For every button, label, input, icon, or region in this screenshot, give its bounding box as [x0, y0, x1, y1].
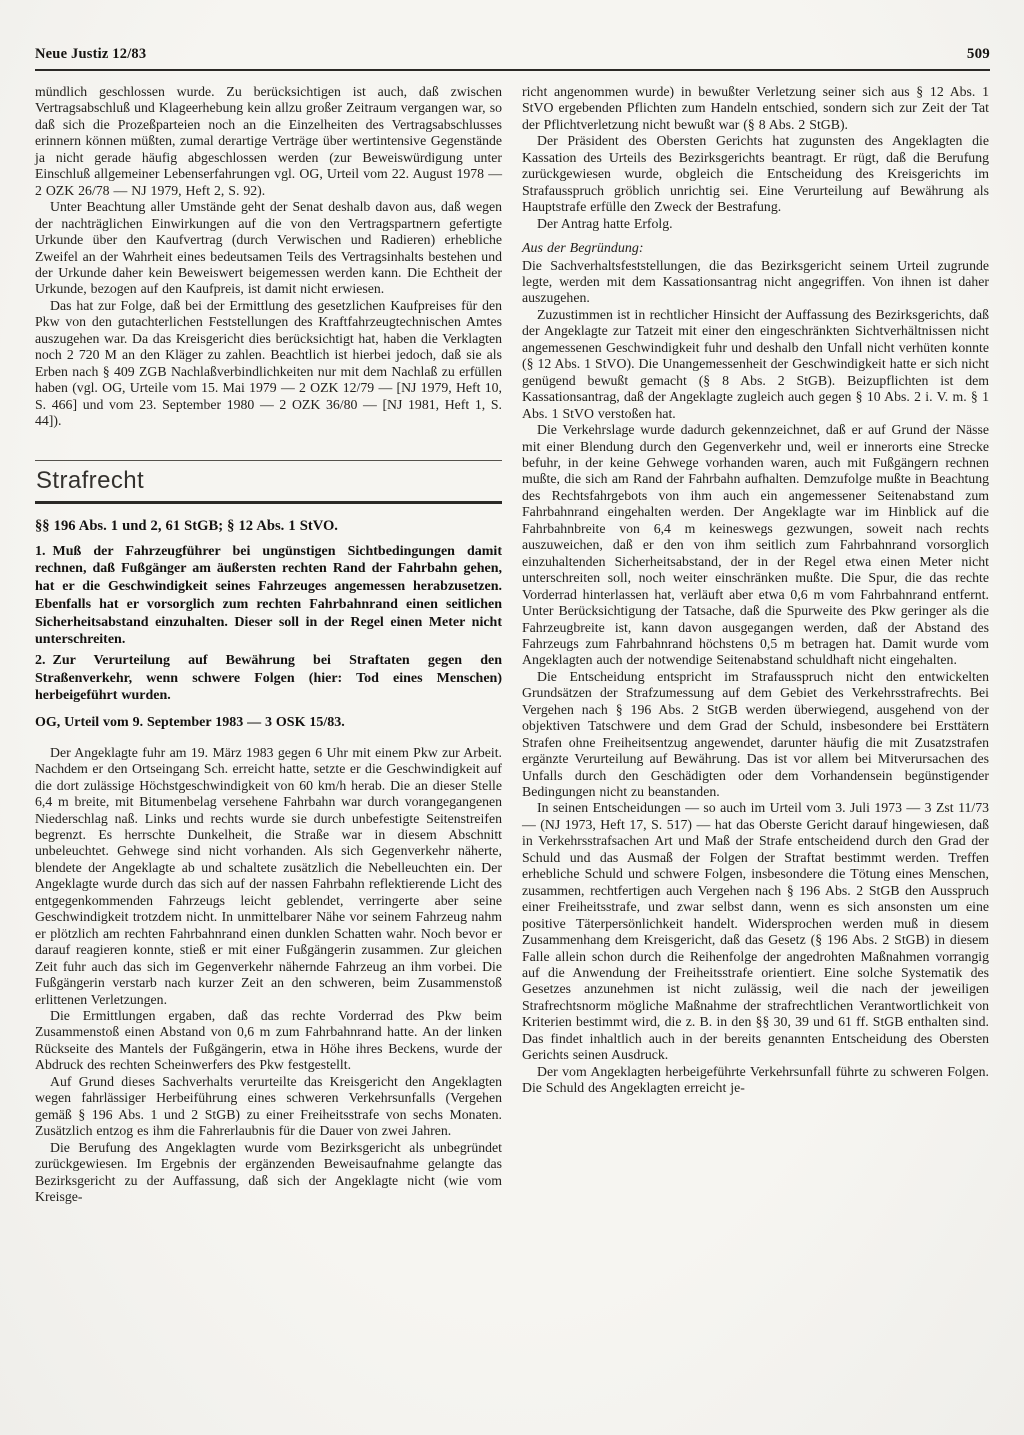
paragraph: Zuzustimmen ist in rechtlicher Hinsicht …	[522, 307, 989, 422]
paragraph: mündlich geschlossen wurde. Zu berücksic…	[35, 84, 502, 199]
paragraph: Die Entscheidung entspricht im Strafauss…	[522, 669, 989, 801]
right-column: richt angenommen wurde) in bewußter Verl…	[522, 84, 989, 1205]
paragraph: Der vom Angeklagten herbeigeführte Verke…	[522, 1064, 989, 1097]
section-heading-block: Strafrecht	[35, 460, 502, 505]
paragraph: Der Angeklagte fuhr am 19. März 1983 geg…	[35, 745, 502, 1008]
journal-title: Neue Justiz 12/83	[35, 46, 146, 63]
paragraph: Das hat zur Folge, daß bei der Ermittlun…	[35, 298, 502, 430]
paragraph: Der Präsident des Obersten Gerichts hat …	[522, 133, 989, 215]
header-rule	[35, 69, 990, 71]
page-header: Neue Justiz 12/83 509	[35, 46, 990, 63]
section-rule-top	[35, 460, 502, 462]
page-number: 509	[967, 46, 990, 63]
headnote-item-1: 1. Muß der Fahrzeugführer bei ungünstige…	[35, 543, 502, 649]
paragraph: In seinen Entscheidungen — so auch im Ur…	[522, 800, 989, 1063]
paragraph: Die Verkehrslage wurde dadurch gekennzei…	[522, 422, 989, 669]
headnote-statutes: §§ 196 Abs. 1 und 2, 61 StGB; § 12 Abs. …	[35, 518, 502, 536]
headnote-item-2: 2. Zur Verurteilung auf Bewährung bei St…	[35, 652, 502, 705]
paragraph: Auf Grund dieses Sachverhalts verurteilt…	[35, 1074, 502, 1140]
left-column: mündlich geschlossen wurde. Zu berücksic…	[35, 84, 502, 1205]
paragraph: Die Berufung des Angeklagten wurde vom B…	[35, 1140, 502, 1206]
two-column-layout: mündlich geschlossen wurde. Zu berücksic…	[35, 84, 990, 1205]
section-title: Strafrecht	[36, 467, 502, 495]
paragraph: Die Sachverhaltsfeststellungen, die das …	[522, 258, 989, 307]
paragraph: richt angenommen wurde) in bewußter Verl…	[522, 84, 989, 133]
begruendung-heading: Aus der Begründung:	[522, 241, 989, 257]
paragraph: Unter Beachtung aller Umstände geht der …	[35, 199, 502, 298]
journal-page: Neue Justiz 12/83 509 mündlich geschloss…	[0, 0, 1024, 1435]
paragraph: Der Antrag hatte Erfolg.	[522, 216, 989, 232]
section-rule-bottom	[35, 501, 502, 504]
paragraph: Die Ermittlungen ergaben, daß das rechte…	[35, 1008, 502, 1074]
court-citation: OG, Urteil vom 9. September 1983 — 3 OSK…	[35, 714, 502, 732]
